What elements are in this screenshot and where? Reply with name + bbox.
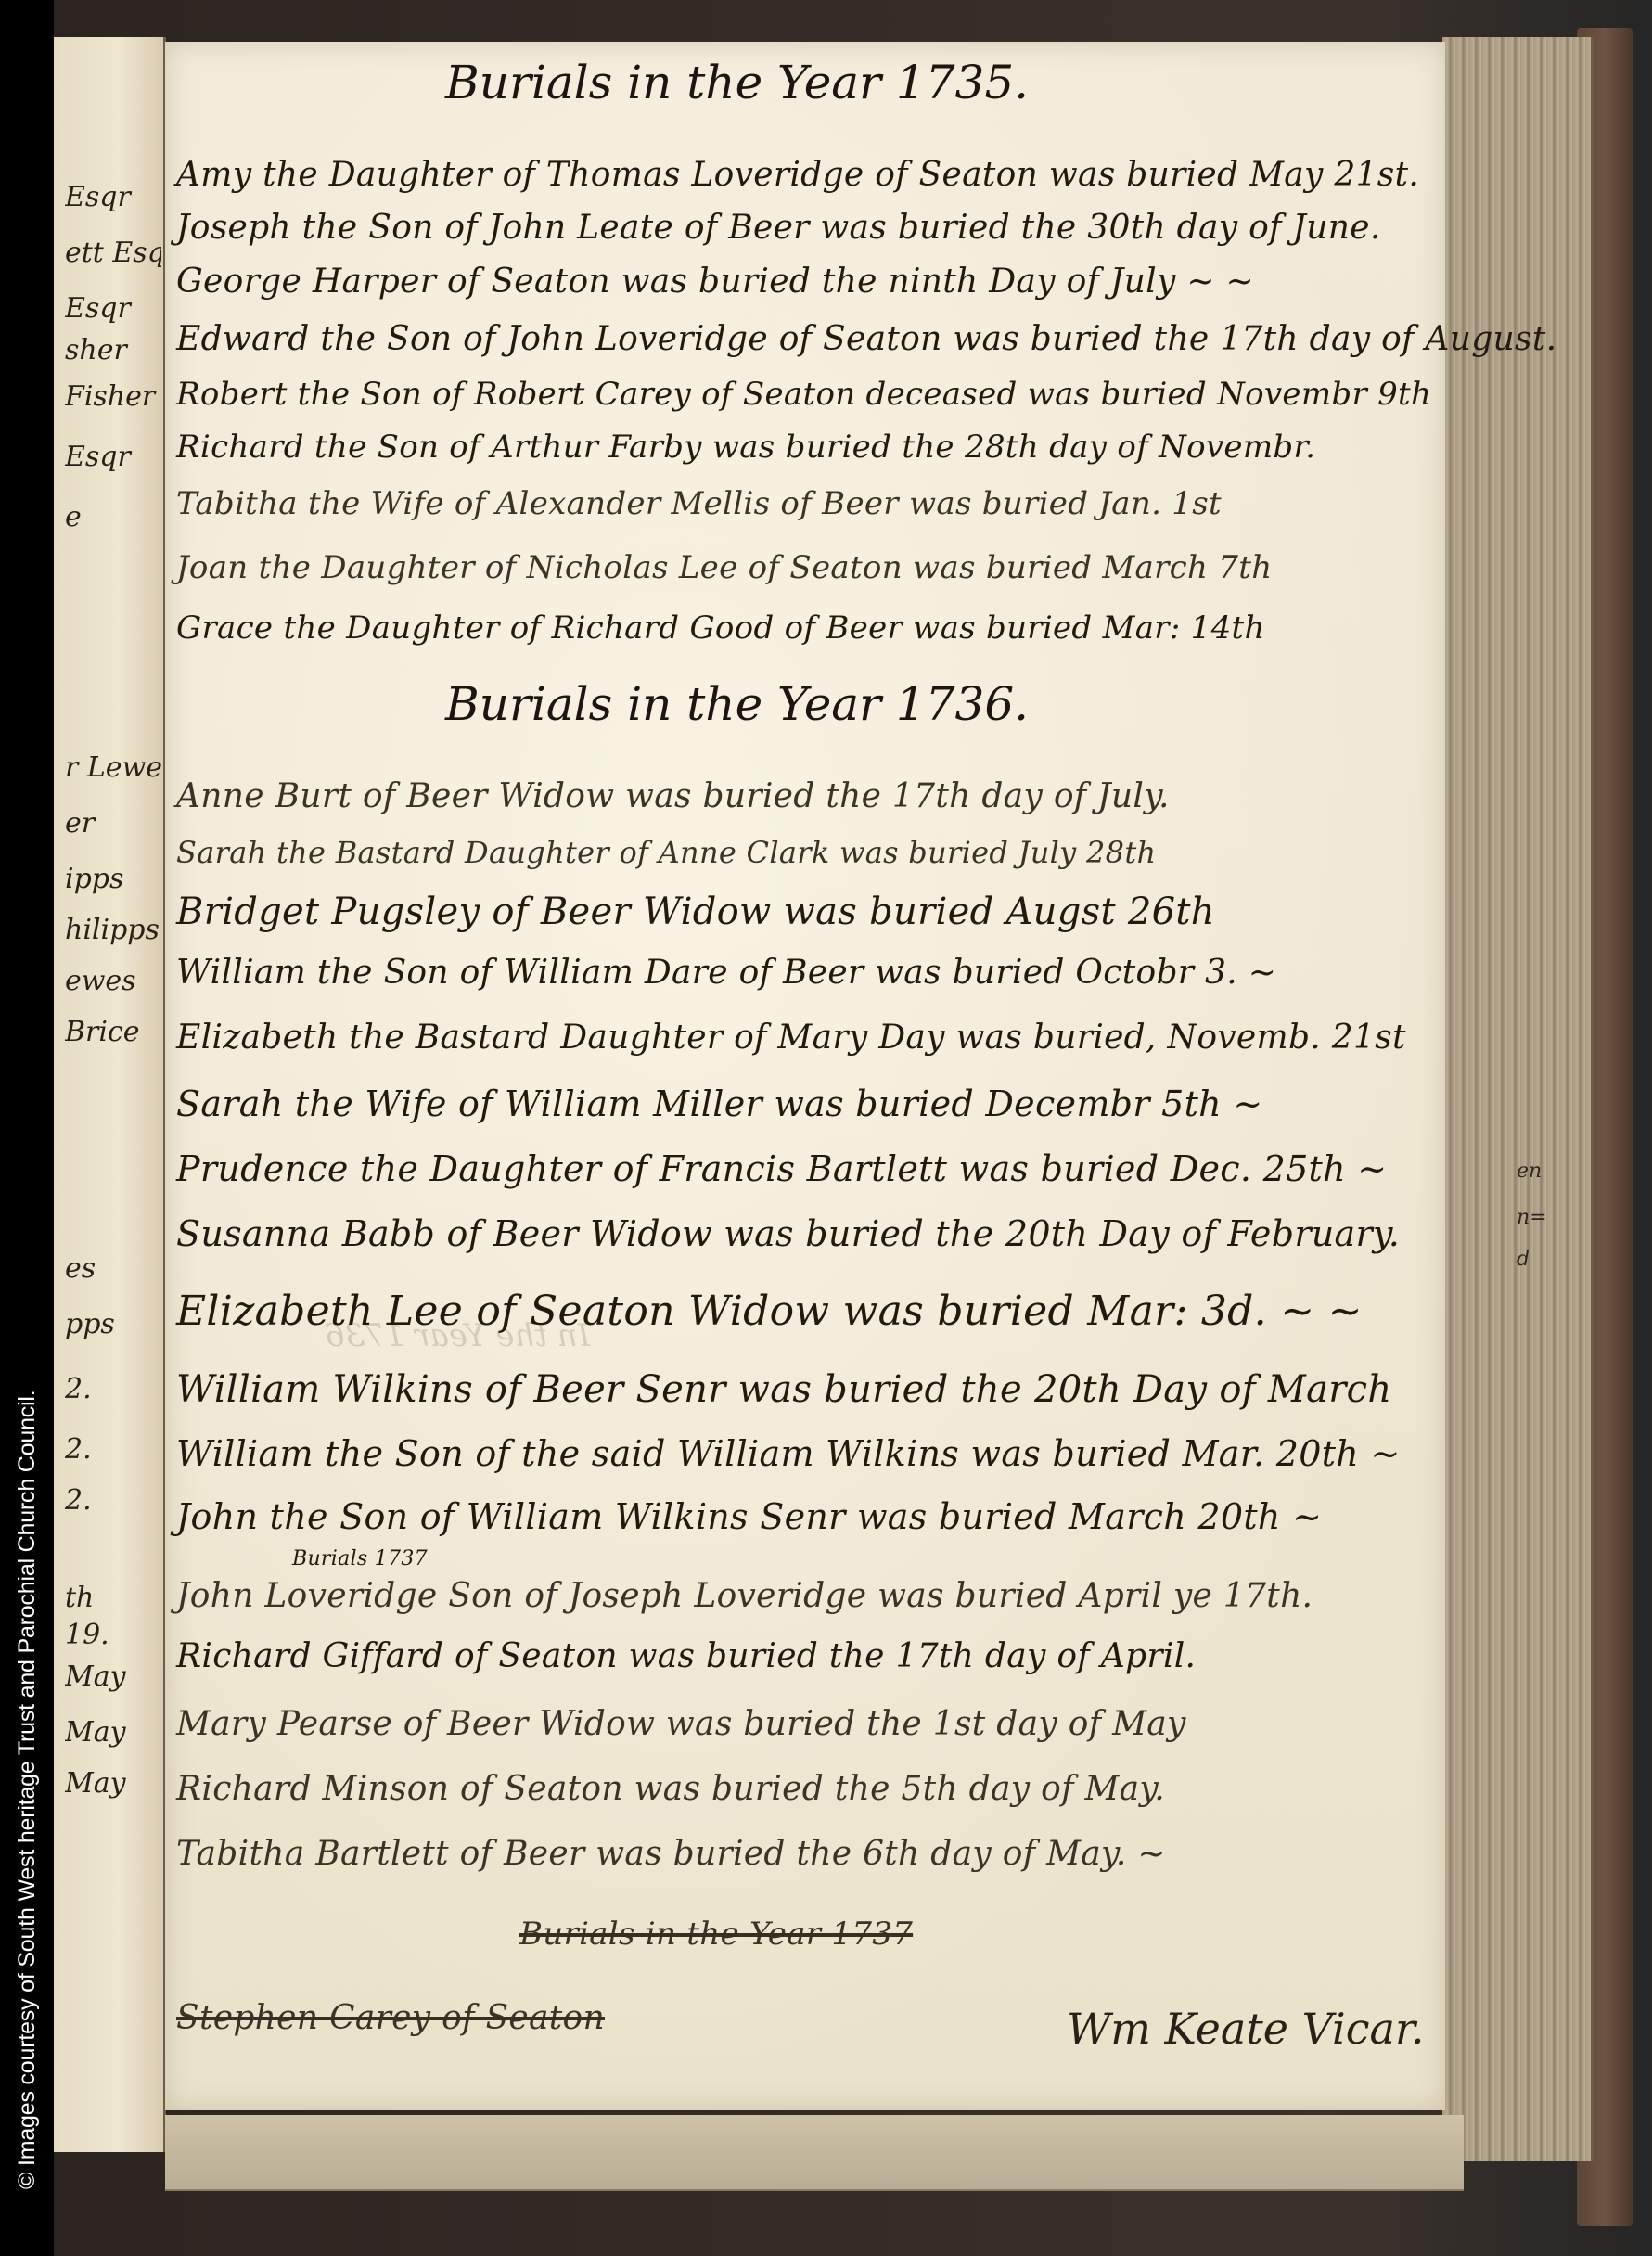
credit-strip: © Images courtesy of South West heritage… <box>0 0 54 2256</box>
margin-fragment: 2. <box>65 1433 161 1466</box>
margin-fragment: Fisher <box>65 380 161 413</box>
margin-fragment: Esqr <box>65 181 161 213</box>
margin-fragment: th <box>65 1582 161 1614</box>
struck-entry: Stephen Carey of Seaton <box>176 1999 605 2037</box>
margin-fragment: es <box>65 1252 161 1285</box>
burial-entry: Tabitha the Wife of Alexander Mellis of … <box>176 485 1438 522</box>
margin-fragment: e <box>65 501 161 533</box>
burial-entry: Robert the Son of Robert Carey of Seaton… <box>176 376 1438 413</box>
burial-entry: Anne Burt of Beer Widow was buried the 1… <box>176 777 1438 815</box>
burial-entry: Richard Minson of Seaton was buried the … <box>176 1770 1438 1808</box>
vicar-signature: Wm Keate Vicar. <box>1067 2004 1425 2054</box>
margin-fragment: 19. <box>65 1619 161 1651</box>
margin-fragment: Esqr <box>65 441 161 473</box>
copyright-notice: © Images courtesy of South West heritage… <box>14 1390 41 2189</box>
burial-entry: Joseph the Son of John Leate of Beer was… <box>176 209 1438 247</box>
margin-fragment: pps <box>65 1308 161 1340</box>
burial-entry: Grace the Daughter of Richard Good of Be… <box>176 609 1438 647</box>
interlined-heading-1737: Burials 1737 <box>292 1547 428 1570</box>
edge-fragment: n= <box>1517 1206 1547 1229</box>
burial-entry: Amy the Daughter of Thomas Loveridge of … <box>176 156 1438 194</box>
burial-entry: Richard the Son of Arthur Farby was buri… <box>176 429 1438 466</box>
burial-entry: Tabitha Bartlett of Beer was buried the … <box>176 1835 1438 1873</box>
burial-entry: Mary Pearse of Beer Widow was buried the… <box>176 1705 1438 1743</box>
margin-fragment: r Lewes <box>65 751 161 784</box>
margin-fragment: ett Esqr <box>65 237 161 269</box>
heading-1736: Burials in the Year 1736. <box>445 677 1029 731</box>
burial-entry: Richard Giffard of Seaton was buried the… <box>176 1637 1438 1675</box>
burial-entry: John Loveridge Son of Joseph Loveridge w… <box>176 1577 1438 1615</box>
margin-fragment: May <box>65 1767 161 1800</box>
struck-heading-1737: Burials in the Year 1737 <box>519 1916 913 1953</box>
margin-fragment: ewes <box>65 965 161 997</box>
margin-fragment: hilipps <box>65 914 161 946</box>
burial-entry: William Wilkins of Beer Senr was buried … <box>176 1368 1438 1411</box>
edge-fragment: en <box>1517 1160 1542 1183</box>
burial-entry: Edward the Son of John Loveridge of Seat… <box>176 320 1438 358</box>
burial-entry: Elizabeth the Bastard Daughter of Mary D… <box>176 1019 1438 1057</box>
edge-fragment: d <box>1517 1248 1530 1271</box>
burial-entry: Bridget Pugsley of Beer Widow was buried… <box>176 891 1438 933</box>
burial-entry: Elizabeth Lee of Seaton Widow was buried… <box>176 1288 1438 1335</box>
margin-fragment: 2. <box>65 1373 161 1405</box>
margin-fragment: Esqr <box>65 292 161 325</box>
burial-entry: Sarah the Wife of William Miller was bur… <box>176 1083 1438 1124</box>
burial-entry: Joan the Daughter of Nicholas Lee of Sea… <box>176 549 1438 586</box>
burial-entry: William the Son of William Dare of Beer … <box>176 954 1438 992</box>
margin-fragment: May <box>65 1716 161 1749</box>
margin-fragment: er <box>65 807 161 840</box>
margin-fragment: sher <box>65 334 161 366</box>
burial-entry: Susanna Babb of Beer Widow was buried th… <box>176 1213 1438 1254</box>
burial-entry: George Harper of Seaton was buried the n… <box>176 263 1438 301</box>
burial-entry: William the Son of the said William Wilk… <box>176 1433 1438 1474</box>
margin-fragment: May <box>65 1660 161 1693</box>
margin-fragment: Brice <box>65 1016 161 1048</box>
page-bottom-edge <box>165 2115 1464 2191</box>
margin-fragment: ipps <box>65 863 161 895</box>
burial-entry: John the Son of William Wilkins Senr was… <box>176 1496 1438 1537</box>
burial-entry: Sarah the Bastard Daughter of Anne Clark… <box>176 835 1438 870</box>
heading-1735: Burials in the Year 1735. <box>445 56 1029 109</box>
margin-fragment: 2. <box>65 1484 161 1517</box>
burial-entry: Prudence the Daughter of Francis Bartlet… <box>176 1148 1438 1189</box>
